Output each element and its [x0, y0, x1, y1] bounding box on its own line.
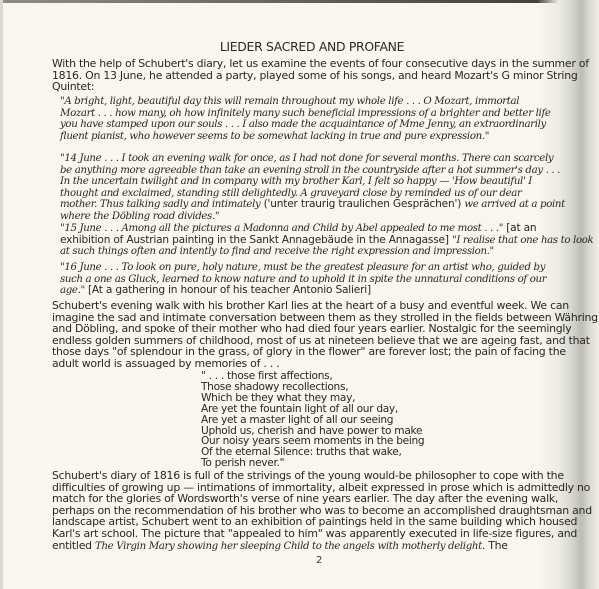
- page-number: 2: [316, 555, 322, 566]
- evening-walk-paragraph: Schubert's evening walk with his brother…: [52, 300, 567, 370]
- diary-quote-13-june: "A bright, light, beautiful day this wil…: [60, 96, 570, 142]
- scan-left-edge: [0, 0, 3, 589]
- wordsworth-poem: " . . . those first affections, Those sh…: [201, 371, 424, 469]
- diary-quote-15-june: "15 June . . . Among all the pictures a …: [60, 223, 570, 258]
- intro-paragraph: With the help of Schubert's diary, let u…: [52, 58, 567, 93]
- scan-top-edge: [0, 0, 599, 3]
- diary-quote-14-june: "14 June . . . I took an evening walk fo…: [60, 153, 570, 223]
- diary-quote-16-june: "16 June . . . To look on pure, holy nat…: [60, 262, 570, 297]
- diary-1816-paragraph: Schubert's diary of 1816 is full of the …: [52, 470, 567, 552]
- page-title: LIEDER SACRED AND PROFANE: [52, 39, 572, 54]
